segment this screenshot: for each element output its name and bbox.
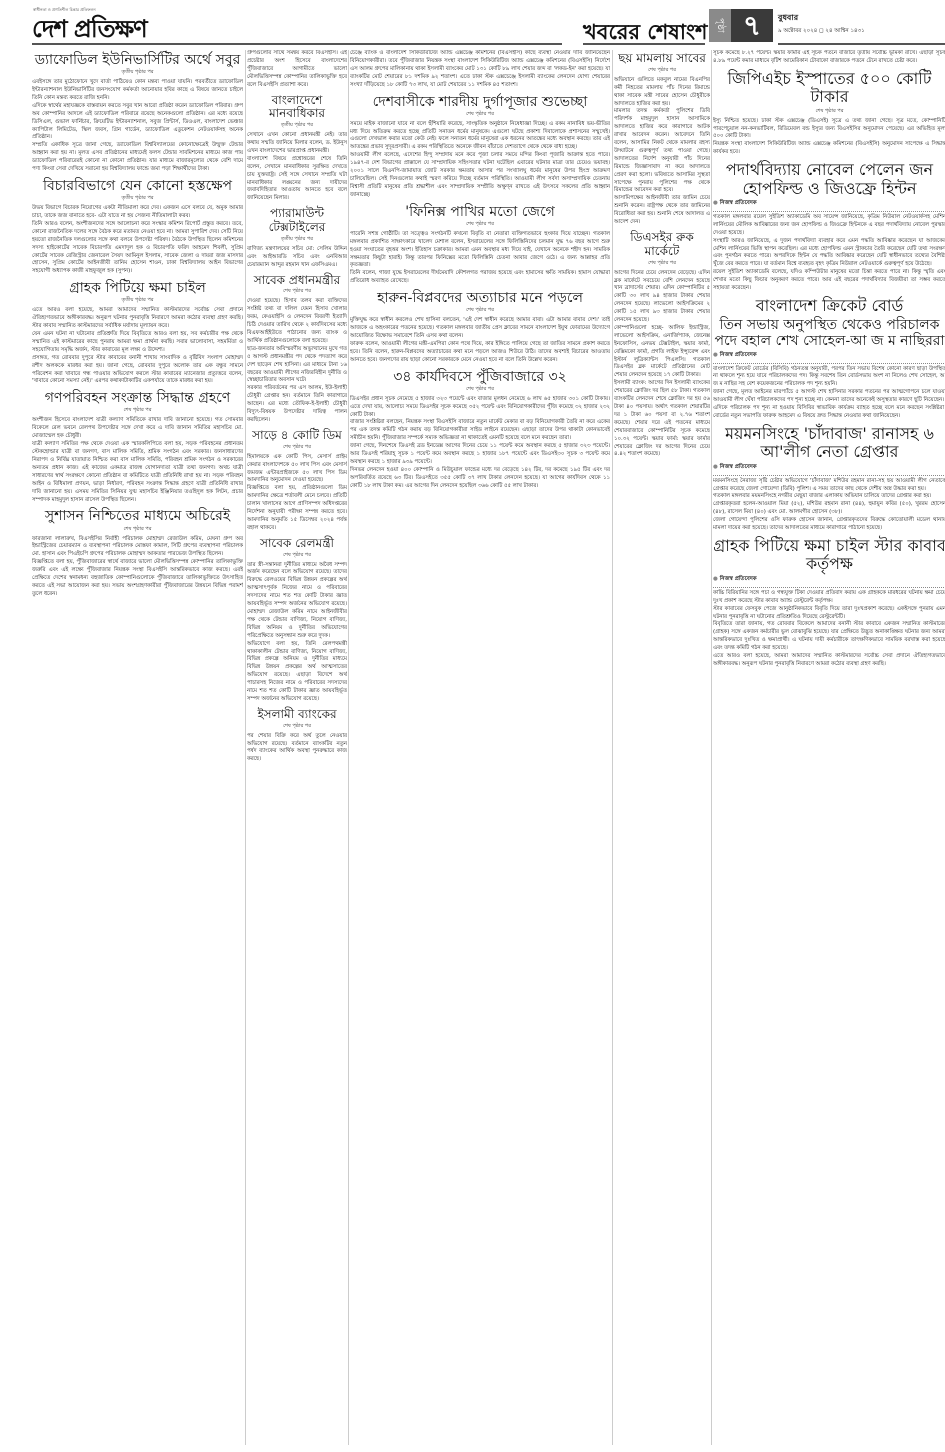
news-story[interactable]: জিপিএইচ ইস্পাতের ৫০০ কোটি টাকারশেষ পৃষ্ঠ… xyxy=(713,70,945,157)
story-body: ফারজানা লালারুখ, বিএসইসির নির্বাহী পরিচা… xyxy=(32,536,243,599)
story-paragraph: সময়ে মাইক বাজানো যাবে না বলে হুঁশিয়ারি… xyxy=(350,121,610,153)
story-paragraph: আওয়ামী লীগ বলেছে, এদেশের হিন্দু সম্প্রদ… xyxy=(350,152,610,199)
newspaper-logo[interactable]: দেশ প্রতিক্ষণ xyxy=(32,11,147,51)
story-headline[interactable]: ছয় মামলায় সাবের xyxy=(614,52,710,66)
story-body: হিমালয়কে এক কোটি পিস, মেসার্স প্রাইম কে… xyxy=(247,454,347,533)
story-paragraph: নিয়ন্ত্রক সংস্থা বাংলাদেশ সিকিউরিটিজ অ্… xyxy=(713,141,945,157)
story-body: গ্রুপগুলোর সাথে সমন্বয় করবে বিএসইসি। এই… xyxy=(247,50,347,90)
story-body: বাণিজ্য মন্ত্রণালয়ের সচিব মো: সেলিম উদ্… xyxy=(247,246,347,270)
story-paragraph: এদিকে পরিচালক পদ শূন্য না হওয়ায় বিসিবি… xyxy=(713,405,945,421)
page-number: ৭ xyxy=(731,9,773,42)
story-paragraph: উভয় বিভাগে বিচারক নিয়োগের একটা নীতিমাল… xyxy=(32,205,243,221)
story-paragraph: কাচ্চি বিরিয়ানির সঙ্গে পচা ও গন্ধযুক্ত … xyxy=(713,590,945,606)
news-story[interactable]: ছয় মামলায় সাবেরশেষ পৃষ্ঠার পরঅভিযানে গ… xyxy=(614,52,710,227)
story-headline[interactable]: ইসলামী ব্যাংকের xyxy=(247,708,347,722)
story-paragraph: সূচক কমেছে ৮.২৭ পয়েন্ট। স্কয়ার ফার্মার… xyxy=(713,50,945,66)
story-paragraph: যেন এমন ঘটনা না ঘটানোর প্রতিশ্রুতি দিয়ে… xyxy=(32,331,243,355)
story-paragraph: জেলা গোয়েন্দা পুলিশের ওসি ফারুক হোসেন জ… xyxy=(713,517,945,533)
story-headline[interactable]: ৩৪ কার্যদিবসে পুঁজিবাজারে ৩২ xyxy=(350,369,610,385)
story-paragraph: দিনভর লেনদেন হওয়া ৪০০ কোম্পানি ও মিউচুয… xyxy=(350,467,610,491)
story-paragraph: চেঞ্জে ব্যাংক ও বাংলাদেশ সিকিউরিটিজ অ্যা… xyxy=(350,50,610,90)
story-paragraph: ফারজানা লালারুখ, বিএসইসির নির্বাহী পরিচা… xyxy=(32,536,243,560)
story-headline[interactable]: 'ফিনিক্স পাখির মতো জেগে xyxy=(350,204,610,220)
story-headline[interactable]: ড্যাফোডিল ইউনিভার্সিটির অর্থে সবুর xyxy=(32,52,243,68)
story-paragraph: মুক্তিযুদ্ধ করে স্বাধীন করলেও শেখ হাসিনা… xyxy=(350,317,610,341)
news-story[interactable]: বাংলাদেশ ক্রিকেট বোর্ডতিন সভায় অনুপস্থি… xyxy=(713,297,945,421)
story-headline[interactable]: সাড়ে ৪ কোটি ডিম xyxy=(247,429,347,443)
story-headline[interactable]: জিপিএইচ ইস্পাতের ৫০০ কোটি টাকার xyxy=(713,70,945,107)
news-story[interactable]: ময়মনসিংহে 'চাঁদাবাজ' রানাসহ ৬ আ'লীগ নেত… xyxy=(713,425,945,533)
story-paragraph: সম্প্রতি একাধিক সূত্রে জানা গেছে, ড্যাফো… xyxy=(32,142,243,174)
story-paragraph: অভিযানে গুলিতে মকবুল নামের বিএনপির কর্মী… xyxy=(614,77,710,109)
story-paragraph: গ্রেপ্তারকৃতরা হলেন-আওয়াল মিয়া (৫২), ম… xyxy=(713,501,945,517)
story-body: কাচ্চি বিরিয়ানির সঙ্গে পচা ও গন্ধযুক্ত … xyxy=(713,590,945,669)
story-headline[interactable]: বাংলাদেশ ক্রিকেট বোর্ড xyxy=(713,297,945,315)
section-title: খবরের শেষাংশ xyxy=(583,16,707,51)
story-headline[interactable]: হারুন-বিপ্লবদের অত্যাচার মনে পড়লে xyxy=(350,290,610,306)
continued-from-label: শেষ পৃষ্ঠার পর xyxy=(32,407,243,415)
story-body: তার স্ত্রী-সন্তানরা দুর্নীতির মাধ্যমে অব… xyxy=(247,562,347,704)
news-story[interactable]: সাবেক রেলমন্ত্রীশেষ পৃষ্ঠার পরতার স্ত্রী… xyxy=(247,537,347,704)
news-story[interactable]: সাবেক প্রধানমন্ত্রীরশেষ পৃষ্ঠার পরদেওয়া… xyxy=(247,274,347,425)
column-4: ছয় মামলায় সাবেরশেষ পৃষ্ঠার পরঅভিযানে গ… xyxy=(614,50,710,463)
story-paragraph: ডিএসইর প্রধান সূচক নেমেছে ৫ হাজার ৩২৩ পয… xyxy=(350,396,610,420)
story-body: ডিএসইর প্রধান সূচক নেমেছে ৫ হাজার ৩২৩ পয… xyxy=(350,396,610,491)
continued-from-label: তৃতীয় পৃষ্ঠার পর xyxy=(32,69,243,77)
story-paragraph: ইসলামী ব্যাংক: আগের দিন ইসলামী ব্যাংকের … xyxy=(614,380,710,459)
masthead-rule-mid xyxy=(583,43,705,45)
story-paragraph: কোম্পানিগুলো হচ্ছে- আলিফ ইন্ডাস্ট্রিজ, ল… xyxy=(614,325,710,380)
news-story[interactable]: ড্যাফোডিল ইউনিভার্সিটির অর্থে সবুরতৃতীয়… xyxy=(32,52,243,174)
story-paragraph: গতকাল মঙ্গলবার রয়েল সুইডিশ অ্যাকাডেমি অ… xyxy=(713,214,945,238)
news-story[interactable]: দেশবাসীকে শারদীয় দুর্গাপূজার শুভেচ্ছাশে… xyxy=(350,94,610,200)
story-paragraph: বাণিজ্য মন্ত্রণালয়ের সচিব মো: সেলিম উদ্… xyxy=(247,246,347,270)
story-paragraph: অভিযোগে বলা হয়, তিনি রেলপথমন্ত্রী থাকাক… xyxy=(247,641,347,704)
story-paragraph: বিজ্ঞপ্তিতে বলা হয়, পুঁজিবাজারের স্বার্… xyxy=(32,559,243,599)
story-body: দেওয়া হয়েছে। হিসাব তলব করা ব্যক্তিদের … xyxy=(247,298,347,425)
date: ৯ অক্টোবর ২০২৪ ◻ ২৪ আশ্বিন ১৪৩১ xyxy=(778,28,865,36)
news-story[interactable]: গণপরিবহন সংক্রান্ত সিদ্ধান্ত গ্রহণেশেষ প… xyxy=(32,390,243,504)
news-story[interactable]: হারুন-বিপ্লবদের অত্যাচার মনে পড়লেশেষ পৃ… xyxy=(350,290,610,365)
story-paragraph: সেখানে এখন কোনো প্রধানমন্ত্রী নেই। তার ক… xyxy=(247,132,347,156)
masthead-rule-right xyxy=(778,43,945,45)
continued-from-label: শেষ পৃষ্ঠার পর xyxy=(350,386,610,394)
story-paragraph: তিনি বলেন, গাজা যুদ্ধে ইসরায়েলের দীর্ঘম… xyxy=(350,270,610,286)
story-body: পারেনি সশস্ত্র গোষ্ঠীটি। তা সত্ত্বেও সংগ… xyxy=(350,231,610,286)
continued-from-label: শেষ পৃষ্ঠার পর xyxy=(350,111,610,119)
story-paragraph: আসামিপক্ষের আইনজীবী তার জামিন চেয়ে শুনা… xyxy=(614,195,710,227)
news-story[interactable]: বিচারবিভাগে যেন কোনো হস্তক্ষেপতৃতীয় পৃষ… xyxy=(32,178,243,276)
story-subheadline: তিন সভায় অনুপস্থিত থেকেও পরিচালক পদে বহ… xyxy=(713,317,945,349)
news-story[interactable]: সুশাসন নিশ্চিতের মাধ্যমে অচিরেইশেষ পৃষ্ঠ… xyxy=(32,508,243,598)
story-body: এবইসঙ্গে তার মুঠোফোনে খুদে বার্তা পাঠিয়… xyxy=(32,79,243,174)
column-1: ড্যাফোডিল ইউনিভার্সিটির অর্থে সবুরতৃতীয়… xyxy=(32,50,243,603)
continued-from-label: শেষ পৃষ্ঠার পর xyxy=(713,108,945,116)
story-body: চেঞ্জে ব্যাংক ও বাংলাদেশ সিকিউরিটিজ অ্যা… xyxy=(350,50,610,90)
story-headline[interactable]: ডিএসইর রুক মার্কেটে xyxy=(614,231,710,259)
column-3: চেঞ্জে ব্যাংক ও বাংলাদেশ সিকিউরিটিজ অ্যা… xyxy=(350,50,610,495)
story-paragraph: হিমালয়কে এক কোটি পিস, মেসার্স প্রাইম কে… xyxy=(247,454,347,486)
story-headline[interactable]: ময়মনসিংহে 'চাঁদাবাজ' রানাসহ ৬ আ'লীগ নেত… xyxy=(713,425,945,462)
story-body: ইস্যু নিশ্চিত হয়েছে। ঢাকা স্টক এক্সচেঞ্… xyxy=(713,118,945,158)
masthead-rule-left xyxy=(32,43,562,45)
story-paragraph: সংস্থাটি আরও জানিয়েছে, এ দুজন পদার্থবিদ… xyxy=(713,238,945,270)
story-paragraph: পর শেয়ার বিক্রি করে অর্থ তুলে নেওয়ার অ… xyxy=(247,733,347,765)
story-paragraph: এতে আরও বলা হয়েছে, আমরা আমাদের সম্মানিত… xyxy=(713,653,945,669)
story-body: বাংলাদেশ ক্রিকেট বোর্ডের (বিসিবি) গঠনতন্… xyxy=(713,366,945,421)
story-headline[interactable]: দেশবাসীকে শারদীয় দুর্গাপূজার শুভেচ্ছা xyxy=(350,94,610,110)
story-body: সময়ে মাইক বাজানো যাবে না বলে হুঁশিয়ারি… xyxy=(350,121,610,200)
story-paragraph: জানা গেছে, দিনশেষে ডিএসই ব্রড ইনডেক্স আগ… xyxy=(350,443,610,467)
story-body: উভয় বিভাগে বিচারক নিয়োগের একটা নীতিমাল… xyxy=(32,205,243,276)
story-paragraph: বাংলাদেশ ক্রিকেট বোর্ডের (বিসিবি) গঠনতন্… xyxy=(713,366,945,390)
column-2: গ্রুপগুলোর সাথে সমন্বয় করবে বিএসইসি। এই… xyxy=(247,50,347,768)
story-paragraph: যাত্রী কল্যাণ সমিতির পক্ষ থেকে দেওয়া এক… xyxy=(32,441,243,504)
story-paragraph: জানা গেছে, মূলত আইনের মারপ্যাঁচে ৫ আগস্ট… xyxy=(713,389,945,405)
story-headline[interactable]: পদার্থবিদ্যায় নোবেল পেলেন জন হোপফিল্ড ও… xyxy=(713,161,945,198)
continued-from-label: তৃতীয় পৃষ্ঠার পর xyxy=(247,236,347,244)
continued-from-label: তৃতীয় পৃষ্ঠার পর xyxy=(32,297,243,305)
news-story[interactable]: ডিএসইর রুক মার্কেটেশেষ পৃষ্ঠার পরআগের দি… xyxy=(614,231,710,459)
news-story[interactable]: চেঞ্জে ব্যাংক ও বাংলাদেশ সিকিউরিটিজ অ্যা… xyxy=(350,50,610,90)
news-story[interactable]: বাংলাদেশে মানবাধিকারতৃতীয় পৃষ্ঠার পরসেখ… xyxy=(247,94,347,204)
story-paragraph: গ্রুপগুলোর সাথে সমন্বয় করবে বিএসইসি। এই… xyxy=(247,50,347,90)
story-byline: নিজস্ব প্রতিবেদক xyxy=(713,464,945,476)
story-paragraph: তিনি আরও বলেন, অংশীজনদের সঙ্গে আলোচনা কর… xyxy=(32,221,243,276)
story-paragraph: পারেনি সশস্ত্র গোষ্ঠীটি। তা সত্ত্বেও সংগ… xyxy=(350,231,610,271)
continued-from-label: শেষ পৃষ্ঠার পর xyxy=(350,221,610,229)
story-paragraph: আগের দিনের চেয়ে লেনদেন বেড়েছে। এদিন ব্… xyxy=(614,270,710,325)
story-paragraph: এবইসঙ্গে তার মুঠোফোনে খুদে বার্তা পাঠিয়… xyxy=(32,79,243,103)
story-paragraph: বাংলাদেশ বিষয়ে প্রশ্নোত্তরের শেষে তিনি … xyxy=(247,156,347,203)
continued-from-label: শেষ পৃষ্ঠার পর xyxy=(247,288,347,296)
story-paragraph: রয়েল সুইডিশ অ্যাকাডেমি বলেছে, যদিও কম্প… xyxy=(713,269,945,293)
story-headline[interactable]: প্যারামাউন্ট টেক্সটাইলের xyxy=(247,207,347,235)
story-paragraph: এদিকে স্বার্থের মহাযজ্ঞকে বাস্তবায়ন করত… xyxy=(32,103,243,143)
story-paragraph: ছাত্র-জনতার অবিস্মরণীয় অভ্যুত্থানের মুখ… xyxy=(247,346,347,386)
story-body: সেখানে এখন কোনো প্রধানমন্ত্রী নেই। তার ক… xyxy=(247,132,347,203)
masthead: স্বাধীনতা ও প্রগতিশীল চিন্তার প্রতিফলন দ… xyxy=(0,0,945,48)
story-body: অংশীজন হিসেবে বাংলাদেশ যাত্রী কল্যাণ সমি… xyxy=(32,417,243,504)
continued-from-label: তৃতীয় পৃষ্ঠার পর xyxy=(247,122,347,130)
news-story[interactable]: প্যারামাউন্ট টেক্সটাইলেরতৃতীয় পৃষ্ঠার প… xyxy=(247,207,347,269)
story-body: মুক্তিযুদ্ধ করে স্বাধীন করলেও শেখ হাসিনা… xyxy=(350,317,610,364)
story-paragraph: বাজার সংশ্লিষ্টরা বলছেন, নিয়ন্ত্রক সংস্… xyxy=(350,419,610,443)
story-paragraph: ইস্যু নিশ্চিত হয়েছে। ঢাকা স্টক এক্সচেঞ্… xyxy=(713,118,945,142)
continued-from-label: শেষ পৃষ্ঠার পর xyxy=(32,526,243,534)
story-paragraph: বিবৃতিতে তারা জানায়, গত রোববার বিকেলে আ… xyxy=(713,621,945,653)
news-story[interactable]: সাড়ে ৪ কোটি ডিমশেষ পৃষ্ঠার পরহিমালয়কে … xyxy=(247,429,347,533)
story-headline[interactable]: সুশাসন নিশ্চিতের মাধ্যমে অচিরেই xyxy=(32,508,243,524)
continued-from-label: শেষ পৃষ্ঠার পর xyxy=(614,67,710,75)
continued-from-label: শেষ পৃষ্ঠার পর xyxy=(350,307,610,315)
continued-from-label: শেষ পৃষ্ঠার পর xyxy=(247,552,347,560)
story-body: সূচক কমেছে ৮.২৭ পয়েন্ট। স্কয়ার ফার্মার… xyxy=(713,50,945,66)
news-story[interactable]: পদার্থবিদ্যায় নোবেল পেলেন জন হোপফিল্ড ও… xyxy=(713,161,945,293)
story-paragraph: ফারুক বলেন, আওয়ামী লীগের মন্ত্রী-এমপিরা… xyxy=(350,341,610,365)
story-byline: নিজস্ব প্রতিবেদক xyxy=(713,352,945,364)
story-headline[interactable]: গণপরিবহন সংক্রান্ত সিদ্ধান্ত গ্রহণে xyxy=(32,390,243,406)
story-body: এতে আরও বলা হয়েছে, আমরা আমাদের সম্মানিত… xyxy=(32,307,243,386)
continued-from-label: তৃতীয় পৃষ্ঠার পর xyxy=(32,195,243,203)
story-headline[interactable]: বাংলাদেশে মানবাধিকার xyxy=(247,94,347,122)
story-body: আগের দিনের চেয়ে লেনদেন বেড়েছে। এদিন ব্… xyxy=(614,270,710,460)
story-paragraph: মামলার তদন্ত কর্মকর্তা পুলিশের ডিবি পরিদ… xyxy=(614,108,710,195)
story-paragraph: এতে আরও বলা হয়েছে, আমরা আমাদের সম্মানিত… xyxy=(32,307,243,331)
column-5: সূচক কমেছে ৮.২৭ পয়েন্ট। স্কয়ার ফার্মার… xyxy=(713,50,945,673)
news-story[interactable]: গ্রুপগুলোর সাথে সমন্বয় করবে বিএসইসি। এই… xyxy=(247,50,347,90)
news-story[interactable]: গ্রাহক পিটিয়ে ক্ষমা চাইল স্টার কাবাব কর… xyxy=(713,537,945,669)
story-paragraph: বিজ্ঞপ্তিতে বলা হয়, প্রতিষ্ঠানগুলো ডিম … xyxy=(247,485,347,532)
column-divider xyxy=(348,50,349,1445)
story-paragraph: ময়মনসিংহে নৈরাজ্য সৃষ্টি চেষ্টার অভিযোগ… xyxy=(713,478,945,494)
story-headline[interactable]: গ্রাহক পিটিয়ে ক্ষমা চাইল xyxy=(32,280,243,296)
story-headline[interactable]: সাবেক প্রধানমন্ত্রীর xyxy=(247,274,347,288)
story-paragraph: তার স্ত্রী-সন্তানরা দুর্নীতির মাধ্যমে অব… xyxy=(247,562,347,641)
column-divider xyxy=(711,50,712,1445)
news-story[interactable]: সূচক কমেছে ৮.২৭ পয়েন্ট। স্কয়ার ফার্মার… xyxy=(713,50,945,66)
page-label: পৃষ্ঠা xyxy=(709,9,731,42)
news-story[interactable]: 'ফিনিক্স পাখির মতো জেগেশেষ পৃষ্ঠার পরপার… xyxy=(350,204,610,286)
story-headline[interactable]: সাবেক রেলমন্ত্রী xyxy=(247,537,347,551)
story-headline[interactable]: বিচারবিভাগে যেন কোনো হস্তক্ষেপ xyxy=(32,178,243,194)
continued-from-label: শেষ পৃষ্ঠার পর xyxy=(247,723,347,731)
story-paragraph: দেওয়া হয়েছে। হিসাব তলব করা ব্যক্তিদের … xyxy=(247,298,347,345)
story-byline: নিজস্ব প্রতিবেদক xyxy=(713,576,945,588)
news-story[interactable]: গ্রাহক পিটিয়ে ক্ষমা চাইলতৃতীয় পৃষ্ঠার … xyxy=(32,280,243,386)
story-headline[interactable]: গ্রাহক পিটিয়ে ক্ষমা চাইল স্টার কাবাব কর… xyxy=(713,537,945,574)
continued-from-label: শেষ পৃষ্ঠার পর xyxy=(614,260,710,268)
column-divider xyxy=(245,50,246,1445)
column-divider xyxy=(612,50,613,1445)
story-body: গতকাল মঙ্গলবার রয়েল সুইডিশ অ্যাকাডেমি অ… xyxy=(713,214,945,293)
continued-from-label: শেষ পৃষ্ঠার পর xyxy=(247,444,347,452)
news-story[interactable]: ইসলামী ব্যাংকেরশেষ পৃষ্ঠার পরপর শেয়ার ব… xyxy=(247,708,347,764)
story-body: পর শেয়ার বিক্রি করে অর্থ তুলে নেওয়ার অ… xyxy=(247,733,347,765)
date-block: বুধবার ৯ অক্টোবর ২০২৪ ◻ ২৪ আশ্বিন ১৪৩১ xyxy=(778,12,865,36)
story-byline: নিজস্ব প্রতিবেদক xyxy=(713,200,945,212)
story-body: ময়মনসিংহে নৈরাজ্য সৃষ্টি চেষ্টার অভিযোগ… xyxy=(713,478,945,533)
weekday: বুধবার xyxy=(778,12,865,25)
story-body: অভিযানে গুলিতে মকবুল নামের বিএনপির কর্মী… xyxy=(614,77,710,227)
news-story[interactable]: ৩৪ কার্যদিবসে পুঁজিবাজারে ৩২শেষ পৃষ্ঠার … xyxy=(350,369,610,491)
story-paragraph: অংশীজন হিসেবে বাংলাদেশ যাত্রী কল্যাণ সমি… xyxy=(32,417,243,441)
story-paragraph: স্টার কাবাবের ফেসবুক পেজে আনুষ্ঠানিকভাবে… xyxy=(713,606,945,622)
story-paragraph: সরকার পরিবর্তনের পর এস আলম, ইউ-ইলাহী চৌধ… xyxy=(247,385,347,425)
story-paragraph: প্রসঙ্গত, গত রোববার দুপুরে স্টার কাবাবের… xyxy=(32,355,243,387)
